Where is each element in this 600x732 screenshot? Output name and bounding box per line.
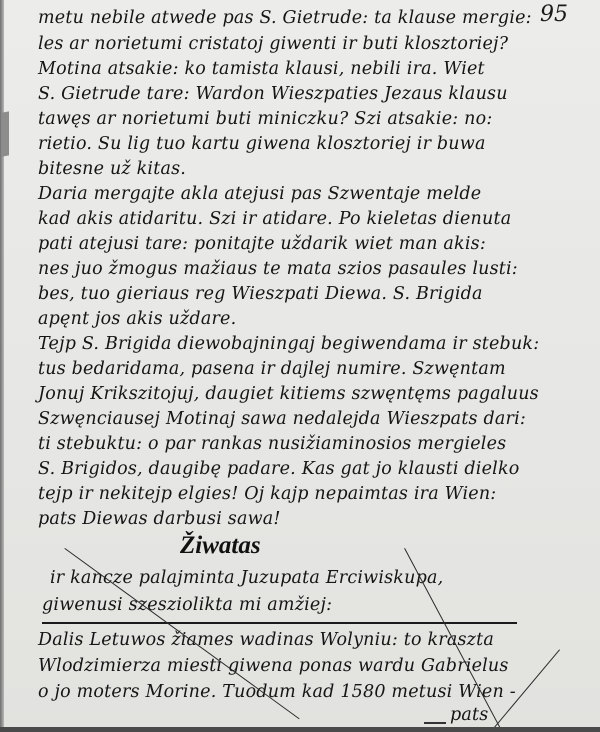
text-line: les ar norietumi cristatoj giwenti ir bu… (38, 34, 508, 54)
text-line: Wlodzimierza miesti giwena ponas wardu G… (38, 656, 509, 676)
text-line: nes juo žmogus mažiaus te mata szios pas… (38, 259, 518, 279)
text-line: metu nebile atwede pas S. Gietrude: ta k… (38, 8, 532, 28)
text-line: tawęs ar norietumi buti miniczku? Szi at… (38, 109, 492, 129)
text-line: Motina atsakie: ko tamista klausi, nebil… (38, 59, 485, 79)
text-line: ti stebuktu: o par rankas nusižiaminosio… (38, 434, 506, 454)
page-number: 95 (540, 2, 568, 27)
section-subtitle: giwenusi szesziolikta mi amžiej: (42, 595, 332, 615)
section-subtitle: ir kancze palajminta Juzupata Erciwiskup… (50, 568, 443, 588)
text-line: bitesne už kitas. (38, 159, 186, 179)
text-line: rietio. Su lig tuo kartu giwena klosztor… (38, 134, 486, 154)
text-line: Szwęnciausej Motinaj sawa nedalejda Wies… (38, 409, 526, 429)
paragraph-start-line: Tejp S. Brigida diewobajningaj begiwenda… (38, 334, 539, 354)
text-line: S. Gietrude tare: Wardon Wieszpaties Jez… (38, 84, 508, 104)
text-line: o jo moters Morine. Tuodum kad 1580 metu… (38, 682, 516, 702)
text-line: pati atejusi tare: ponitajte uždarik wie… (38, 234, 486, 254)
binding-tab (2, 111, 9, 156)
text-line: kad akis atidaritu. Szi ir atidare. Po k… (38, 209, 511, 229)
page-bottom-edge (0, 727, 600, 732)
text-line: S. Brigidos, daugibę padare. Kas gat jo … (38, 459, 519, 479)
manuscript-page: 95 metu nebile atwede pas S. Gietrude: t… (0, 0, 600, 732)
catchword: pats (450, 705, 488, 725)
catchword-mark (424, 722, 446, 724)
page-left-edge (0, 0, 4, 732)
text-line: bes, tuo gieriaus reg Wieszpati Diewa. S… (38, 284, 483, 304)
text-line: Jonuj Krikszitojuj, daugiet kitiems szwę… (38, 384, 539, 404)
section-title: Žiwatas (180, 532, 261, 560)
paragraph-start-line: Daria mergajte akla atejusi pas Szwentaj… (38, 184, 481, 204)
paragraph-start-line: Dalis Letuwos žiames wadinas Wolyniu: to… (38, 630, 494, 650)
text-line: tejp ir nekitejp elgies! Oj kajp nepaimt… (38, 484, 496, 504)
text-line: apęnt jos akis uždare. (38, 309, 236, 329)
text-line: pats Diewas darbusi sawa! (38, 509, 281, 529)
text-line: tus bedaridama, pasena ir dajlej numire.… (38, 359, 506, 379)
